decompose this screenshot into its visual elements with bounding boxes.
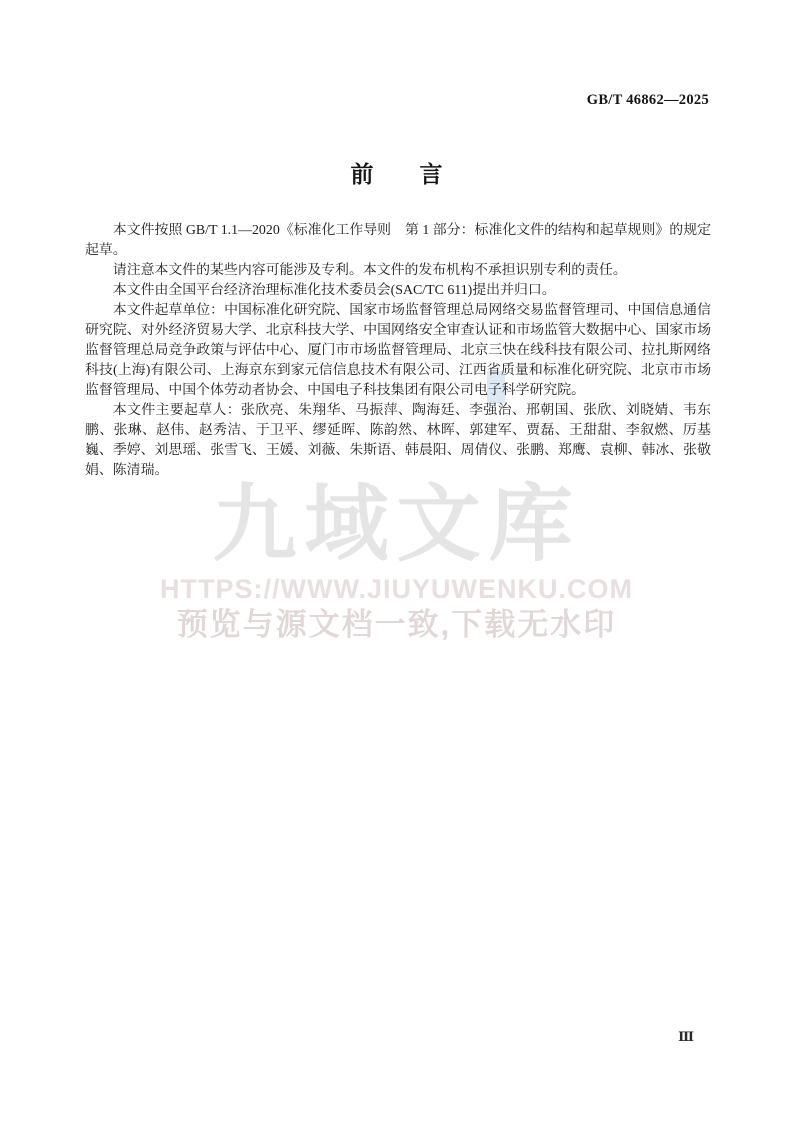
foreword-body: 本文件按照 GB/T 1.1—2020《标准化工作导则 第 1 部分：标准化文件…: [85, 221, 711, 481]
paragraph-committee: 本文件由全国平台经济治理标准化技术委员会(SAC/TC 611)提出并归口。: [85, 281, 711, 301]
paragraph-main-drafters: 本文件主要起草人：张欣亮、朱翔华、马振萍、陶海廷、李强治、邢朝国、张欣、刘晓婧、…: [85, 401, 711, 481]
standard-code: GB/T 46862—2025: [587, 92, 709, 109]
document-page: GB/T 46862—2025 前 言 本文件按照 GB/T 1.1—2020《…: [0, 0, 793, 1122]
watermark-url-text: HTTPS://WWW.JIUYUWENKU.COM: [0, 574, 793, 604]
watermark: 九域文库 HTTPS://WWW.JIUYUWENKU.COM 预览与源文档一致…: [0, 478, 793, 643]
foreword-title: 前 言: [0, 156, 793, 189]
page-number: Ⅲ: [678, 1029, 694, 1045]
watermark-tagline-text: 预览与源文档一致,下载无水印: [0, 607, 793, 643]
paragraph-patent-notice: 请注意本文件的某些内容可能涉及专利。本文件的发布机构不承担识别专利的责任。: [85, 261, 711, 281]
watermark-brand-text: 九域文库: [0, 478, 793, 570]
paragraph-drafting-organizations: 本文件起草单位：中国标准化研究院、国家市场监督管理总局网络交易监督管理司、中国信…: [85, 301, 711, 401]
paragraph-drafting-rules: 本文件按照 GB/T 1.1—2020《标准化工作导则 第 1 部分：标准化文件…: [85, 221, 711, 261]
